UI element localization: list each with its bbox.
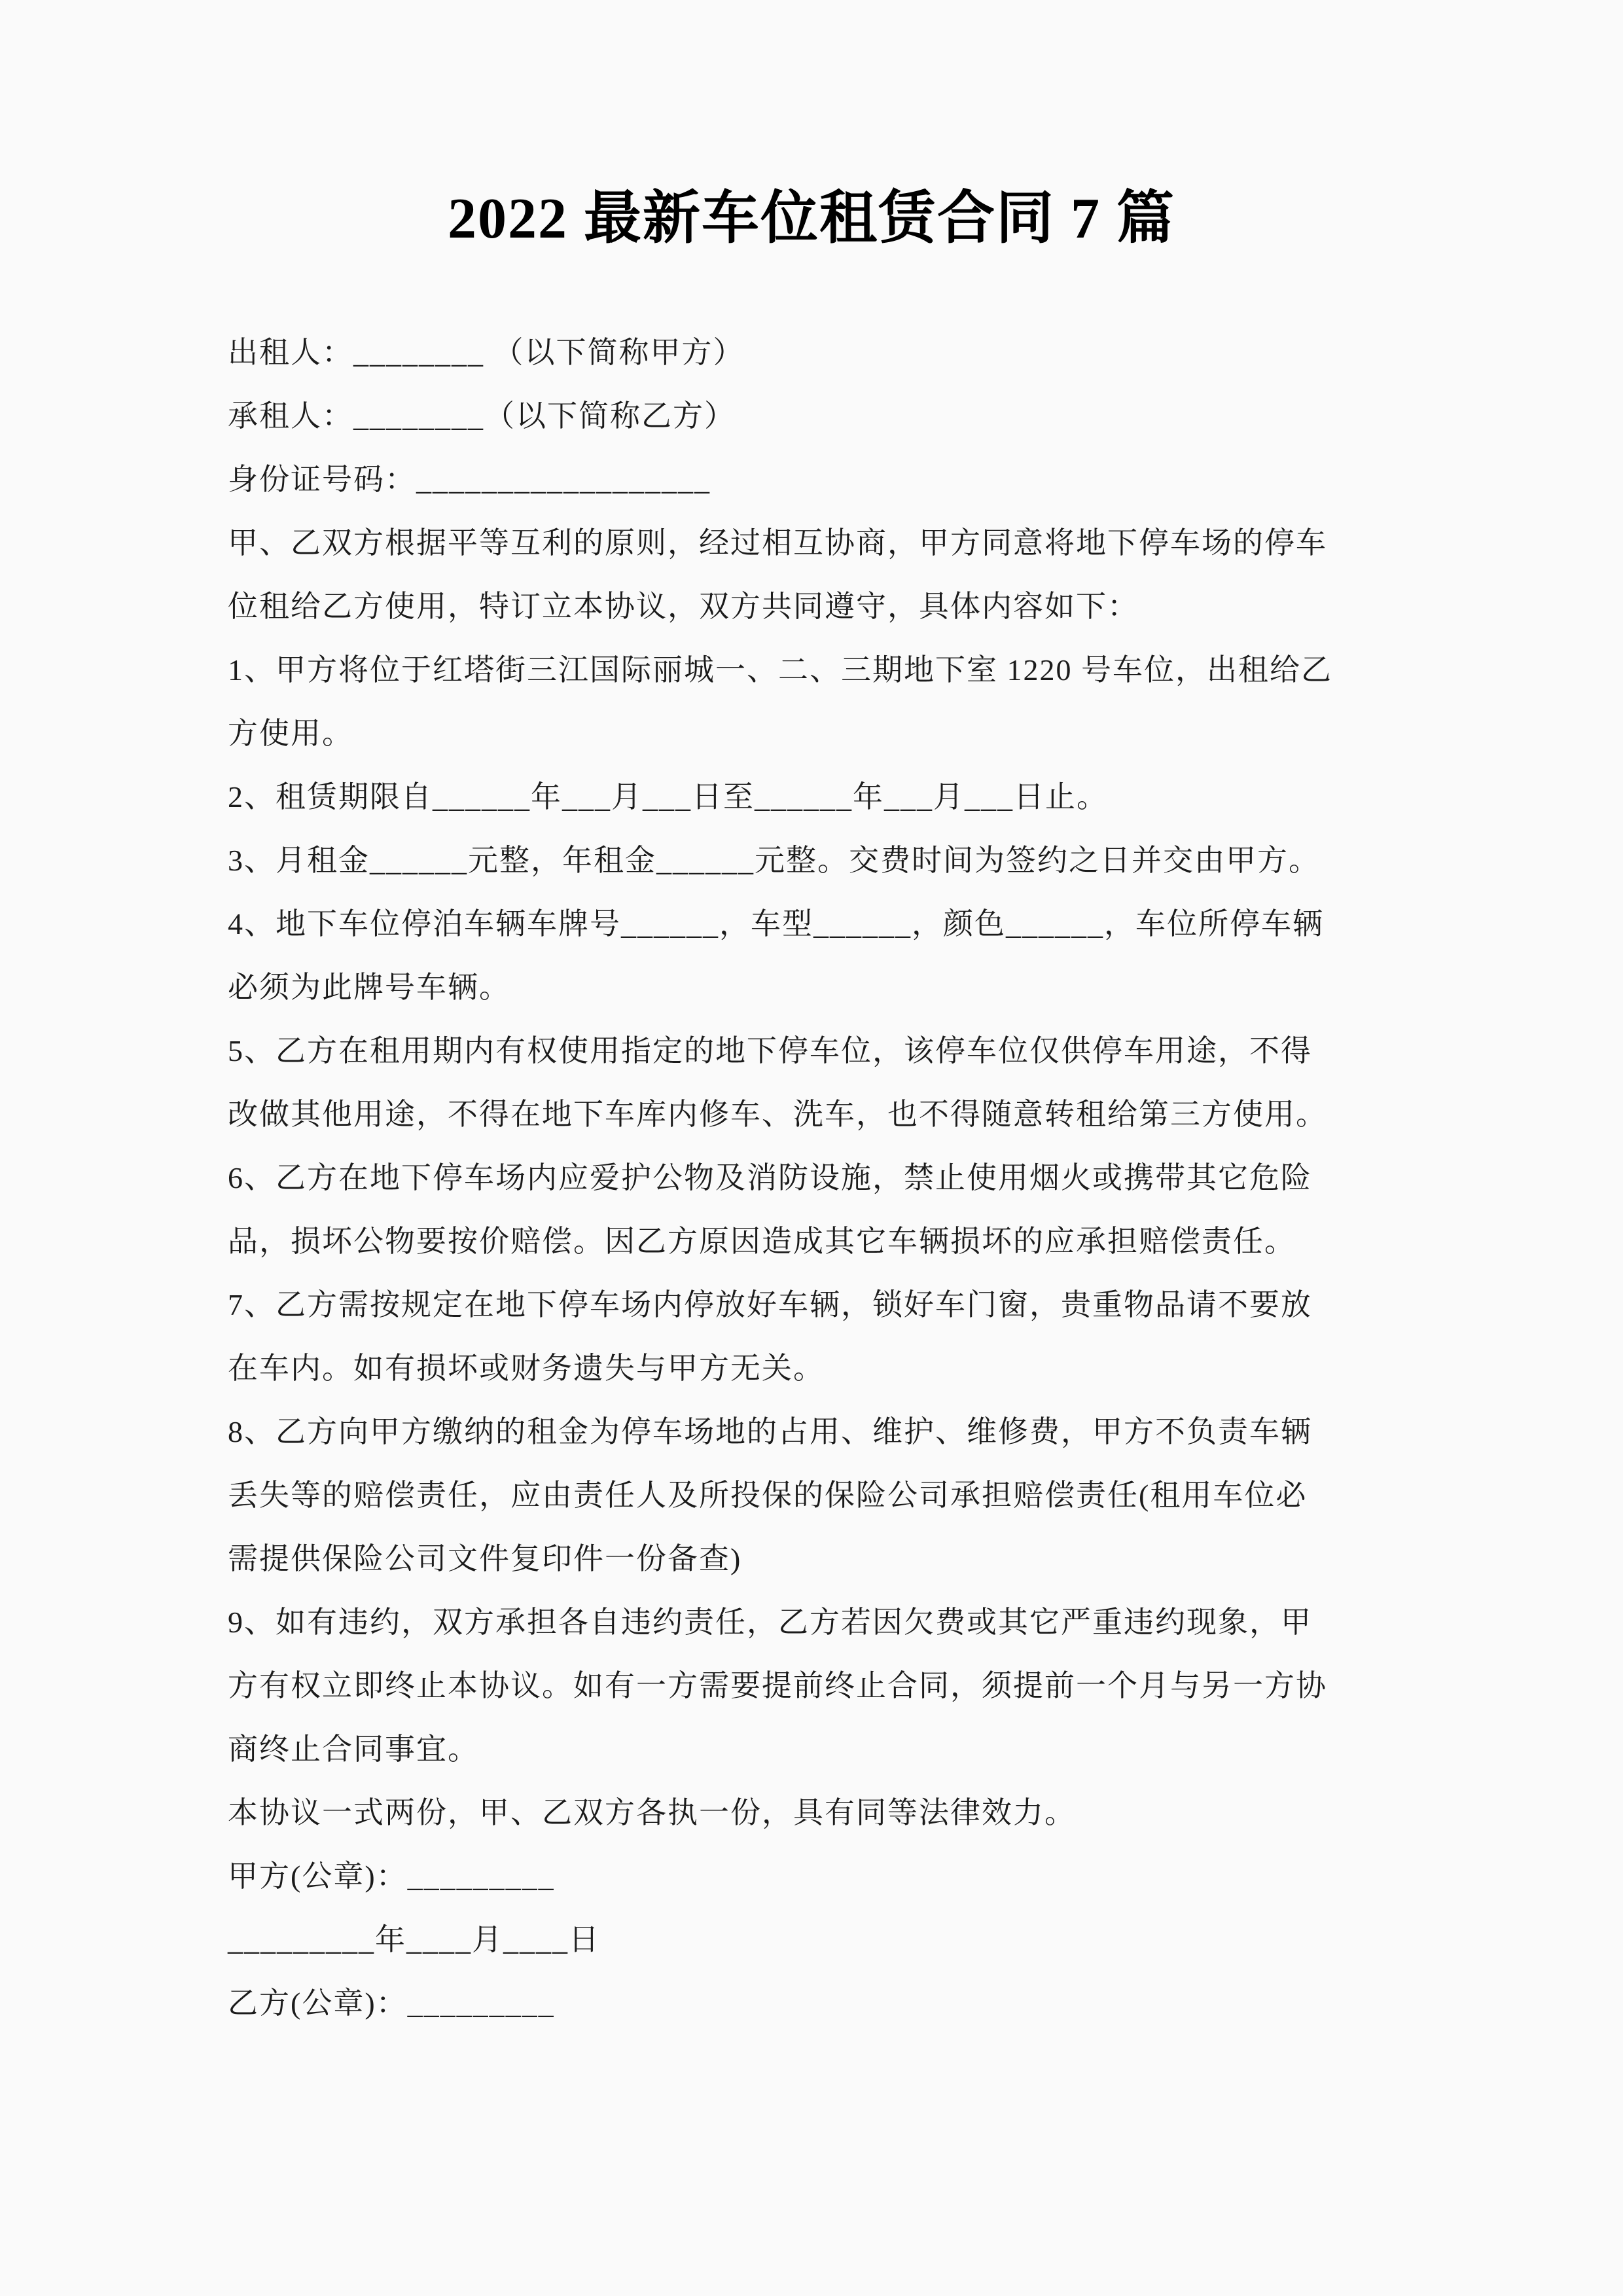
document-line: 本协议一式两份，甲、乙双方各执一份，具有同等法律效力。 <box>228 1781 1395 1844</box>
document-line: 改做其他用途，不得在地下车库内修车、洗车，也不得随意转租给第三方使用。 <box>228 1083 1395 1146</box>
contract-page: 2022 最新车位租赁合同 7 篇 出租人：________ （以下简称甲方）承… <box>0 0 1623 2296</box>
document-line: 5、乙方在租用期内有权使用指定的地下停车位，该停车位仅供停车用途，不得 <box>228 1019 1395 1083</box>
document-line: 身份证号码：__________________ <box>228 448 1395 511</box>
document-line: 出租人：________ （以下简称甲方） <box>228 321 1395 384</box>
document-line: 2、租赁期限自______年___月___日至______年___月___日止。 <box>228 765 1395 829</box>
document-line: 必须为此牌号车辆。 <box>228 956 1395 1019</box>
document-line: 4、地下车位停泊车辆车牌号______，车型______，颜色______，车位… <box>228 892 1395 956</box>
document-line: 甲方(公章)：_________ <box>228 1844 1395 1908</box>
document-line: 3、月租金______元整，年租金______元整。交费时间为签约之日并交由甲方… <box>228 829 1395 892</box>
document-body: 出租人：________ （以下简称甲方）承租人：________（以下简称乙方… <box>228 321 1395 2035</box>
document-line: 6、乙方在地下停车场内应爱护公物及消防设施，禁止使用烟火或携带其它危险 <box>228 1146 1395 1210</box>
document-line: 商终止合同事宜。 <box>228 1717 1395 1781</box>
document-line: 1、甲方将位于红塔街三江国际丽城一、二、三期地下室 1220 号车位，出租给乙 <box>228 638 1395 702</box>
document-line: 品，损坏公物要按价赔偿。因乙方原因造成其它车辆损坏的应承担赔偿责任。 <box>228 1210 1395 1273</box>
document-title: 2022 最新车位租赁合同 7 篇 <box>0 0 1623 255</box>
document-line: 方使用。 <box>228 702 1395 765</box>
document-line: 在车内。如有损坏或财务遗失与甲方无关。 <box>228 1336 1395 1400</box>
document-line: 甲、乙双方根据平等互利的原则，经过相互协商，甲方同意将地下停车场的停车 <box>228 511 1395 575</box>
document-line: 需提供保险公司文件复印件一份备查) <box>228 1527 1395 1590</box>
document-line: 9、如有违约，双方承担各自违约责任，乙方若因欠费或其它严重违约现象，甲 <box>228 1590 1395 1654</box>
document-line: 丢失等的赔偿责任，应由责任人及所投保的保险公司承担赔偿责任(租用车位必 <box>228 1463 1395 1527</box>
document-line: 承租人：________（以下简称乙方） <box>228 384 1395 448</box>
document-line: _________年____月____日 <box>228 1908 1395 1971</box>
document-line: 方有权立即终止本协议。如有一方需要提前终止合同，须提前一个月与另一方协 <box>228 1654 1395 1717</box>
document-line: 8、乙方向甲方缴纳的租金为停车场地的占用、维护、维修费，甲方不负责车辆 <box>228 1400 1395 1463</box>
document-line: 位租给乙方使用，特订立本协议，双方共同遵守，具体内容如下： <box>228 575 1395 638</box>
document-line: 乙方(公章)：_________ <box>228 1971 1395 2035</box>
document-line: 7、乙方需按规定在地下停车场内停放好车辆，锁好车门窗，贵重物品请不要放 <box>228 1273 1395 1336</box>
